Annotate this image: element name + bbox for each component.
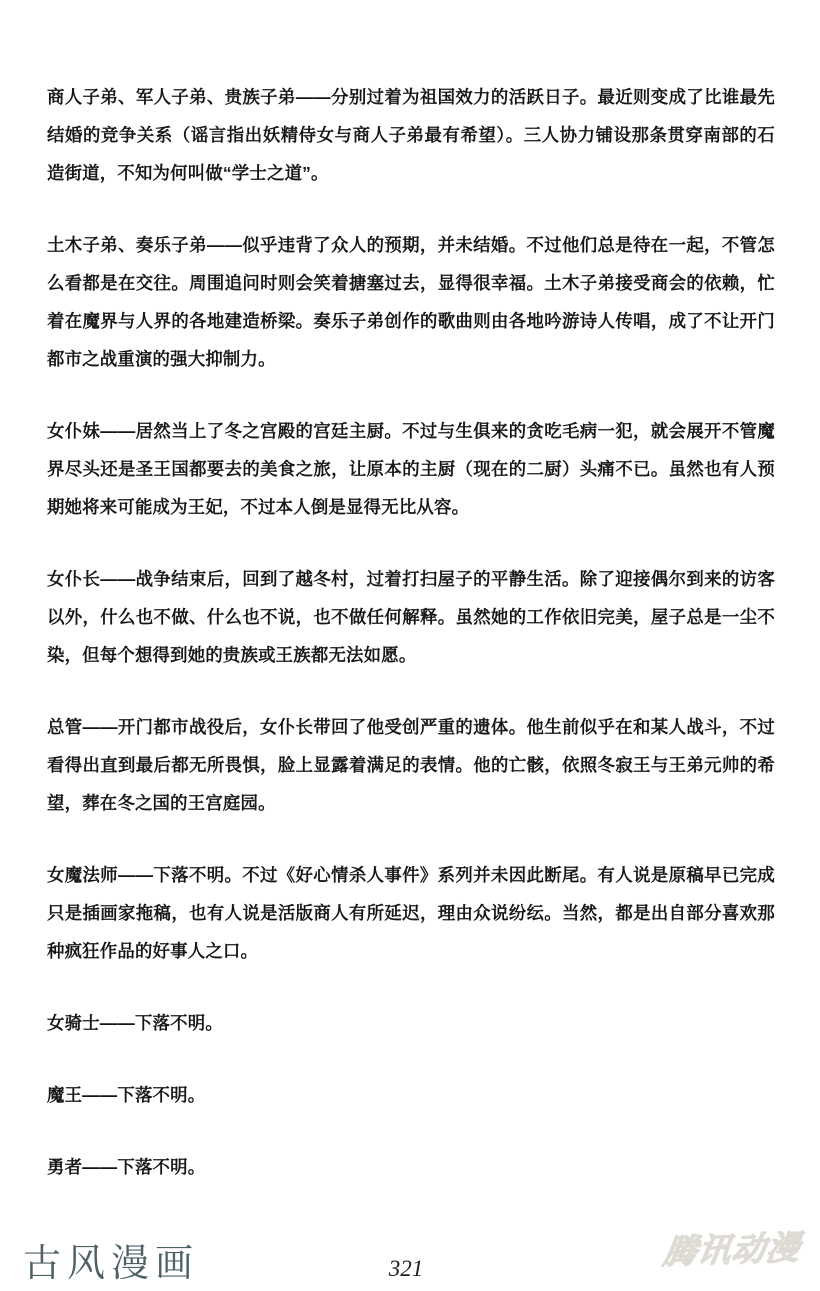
paragraph-merchant-soldier-noble-sons: 商人子弟、军人子弟、贵族子弟——分别过着为祖国效力的活跃日子。最近则变成了比谁最… bbox=[47, 78, 775, 192]
page-number: 321 bbox=[356, 1256, 456, 1282]
novel-page-text: 商人子弟、军人子弟、贵族子弟——分别过着为祖国效力的活跃日子。最近则变成了比谁最… bbox=[47, 78, 775, 1220]
paragraph-builder-musician-sons: 土木子弟、奏乐子弟——似乎违背了众人的预期，并未结婚。不过他们总是待在一起，不管… bbox=[47, 226, 775, 378]
paragraph-female-knight: 女骑士——下落不明。 bbox=[47, 1004, 775, 1042]
paragraph-hero: 勇者——下落不明。 bbox=[47, 1148, 775, 1186]
paragraph-maid-sister: 女仆妹——居然当上了冬之宫殿的宫廷主厨。不过与生俱来的贪吃毛病一犯，就会展开不管… bbox=[47, 412, 775, 526]
paragraph-demon-king: 魔王——下落不明。 bbox=[47, 1076, 775, 1114]
page-footer: 古风漫画 321 腾讯动漫 bbox=[0, 1228, 820, 1291]
paragraph-female-mage: 女魔法师——下落不明。不过《好心情杀人事件》系列并未因此断尾。有人说是原稿早已完… bbox=[47, 856, 775, 970]
tencent-comics-logo-watermark: 腾讯动漫 bbox=[661, 1228, 803, 1273]
paragraph-head-maid: 女仆长——战争结束后，回到了越冬村，过着打扫屋子的平静生活。除了迎接偶尔到来的访… bbox=[47, 560, 775, 674]
site-watermark-gufeng-manhua: 古风漫画 bbox=[23, 1244, 199, 1284]
paragraph-steward: 总管——开门都市战役后，女仆长带回了他受创严重的遗体。他生前似乎在和某人战斗，不… bbox=[47, 708, 775, 822]
